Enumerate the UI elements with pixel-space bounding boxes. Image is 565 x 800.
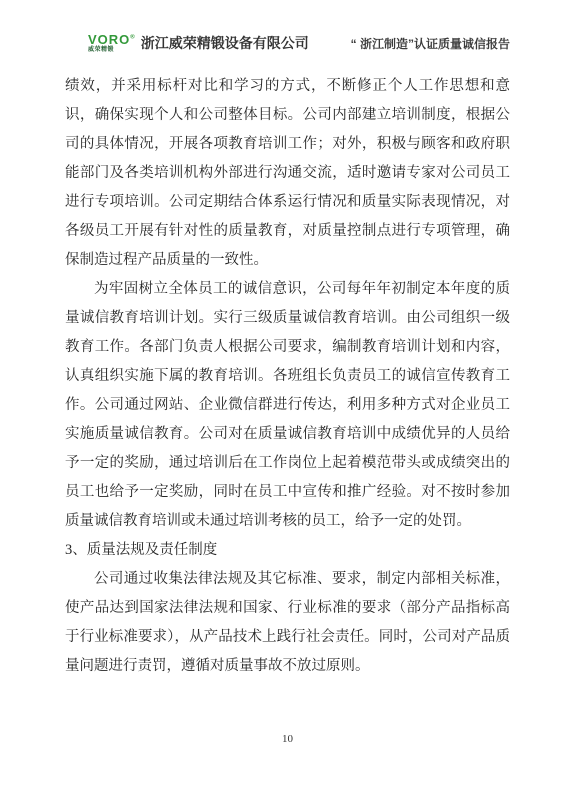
report-title: “ 浙江制造”认证质量诚信报告 [351, 35, 510, 52]
document-page: VORO® 威荣精锻 浙江威荣精锻设备有限公司 “ 浙江制造”认证质量诚信报告 … [0, 0, 565, 800]
paragraph-quality-regulations: 公司通过收集法律法规及其它标准、要求，制定内部相关标准，使产品达到国家法律法规和… [65, 565, 510, 681]
page-header: VORO® 威荣精锻 浙江威荣精锻设备有限公司 “ 浙江制造”认证质量诚信报告 [65, 33, 510, 53]
page-number: 10 [282, 733, 293, 745]
paragraph-integrity-training: 为牢固树立全体员工的诚信意识，公司每年年初制定本年度的质量诚信教育培训计划。实行… [65, 275, 510, 536]
document-body: 绩效，并采用标杆对比和学习的方式，不断修正个人工作思想和意识，确保实现个人和公司… [65, 72, 510, 681]
page-footer: 10 [65, 729, 510, 747]
company-name: 浙江威荣精锻设备有限公司 [141, 33, 309, 53]
section-heading-quality-regulations: 3、质量法规及责任制度 [65, 536, 510, 565]
company-logo: VORO® 威荣精锻 [88, 33, 135, 53]
paragraph-training-education: 绩效，并采用标杆对比和学习的方式，不断修正个人工作思想和意识，确保实现个人和公司… [65, 72, 510, 275]
brand-wordmark: VORO® [88, 33, 135, 46]
trademark-symbol: ® [130, 35, 134, 41]
brand-subtext: 威荣精锻 [88, 47, 114, 53]
